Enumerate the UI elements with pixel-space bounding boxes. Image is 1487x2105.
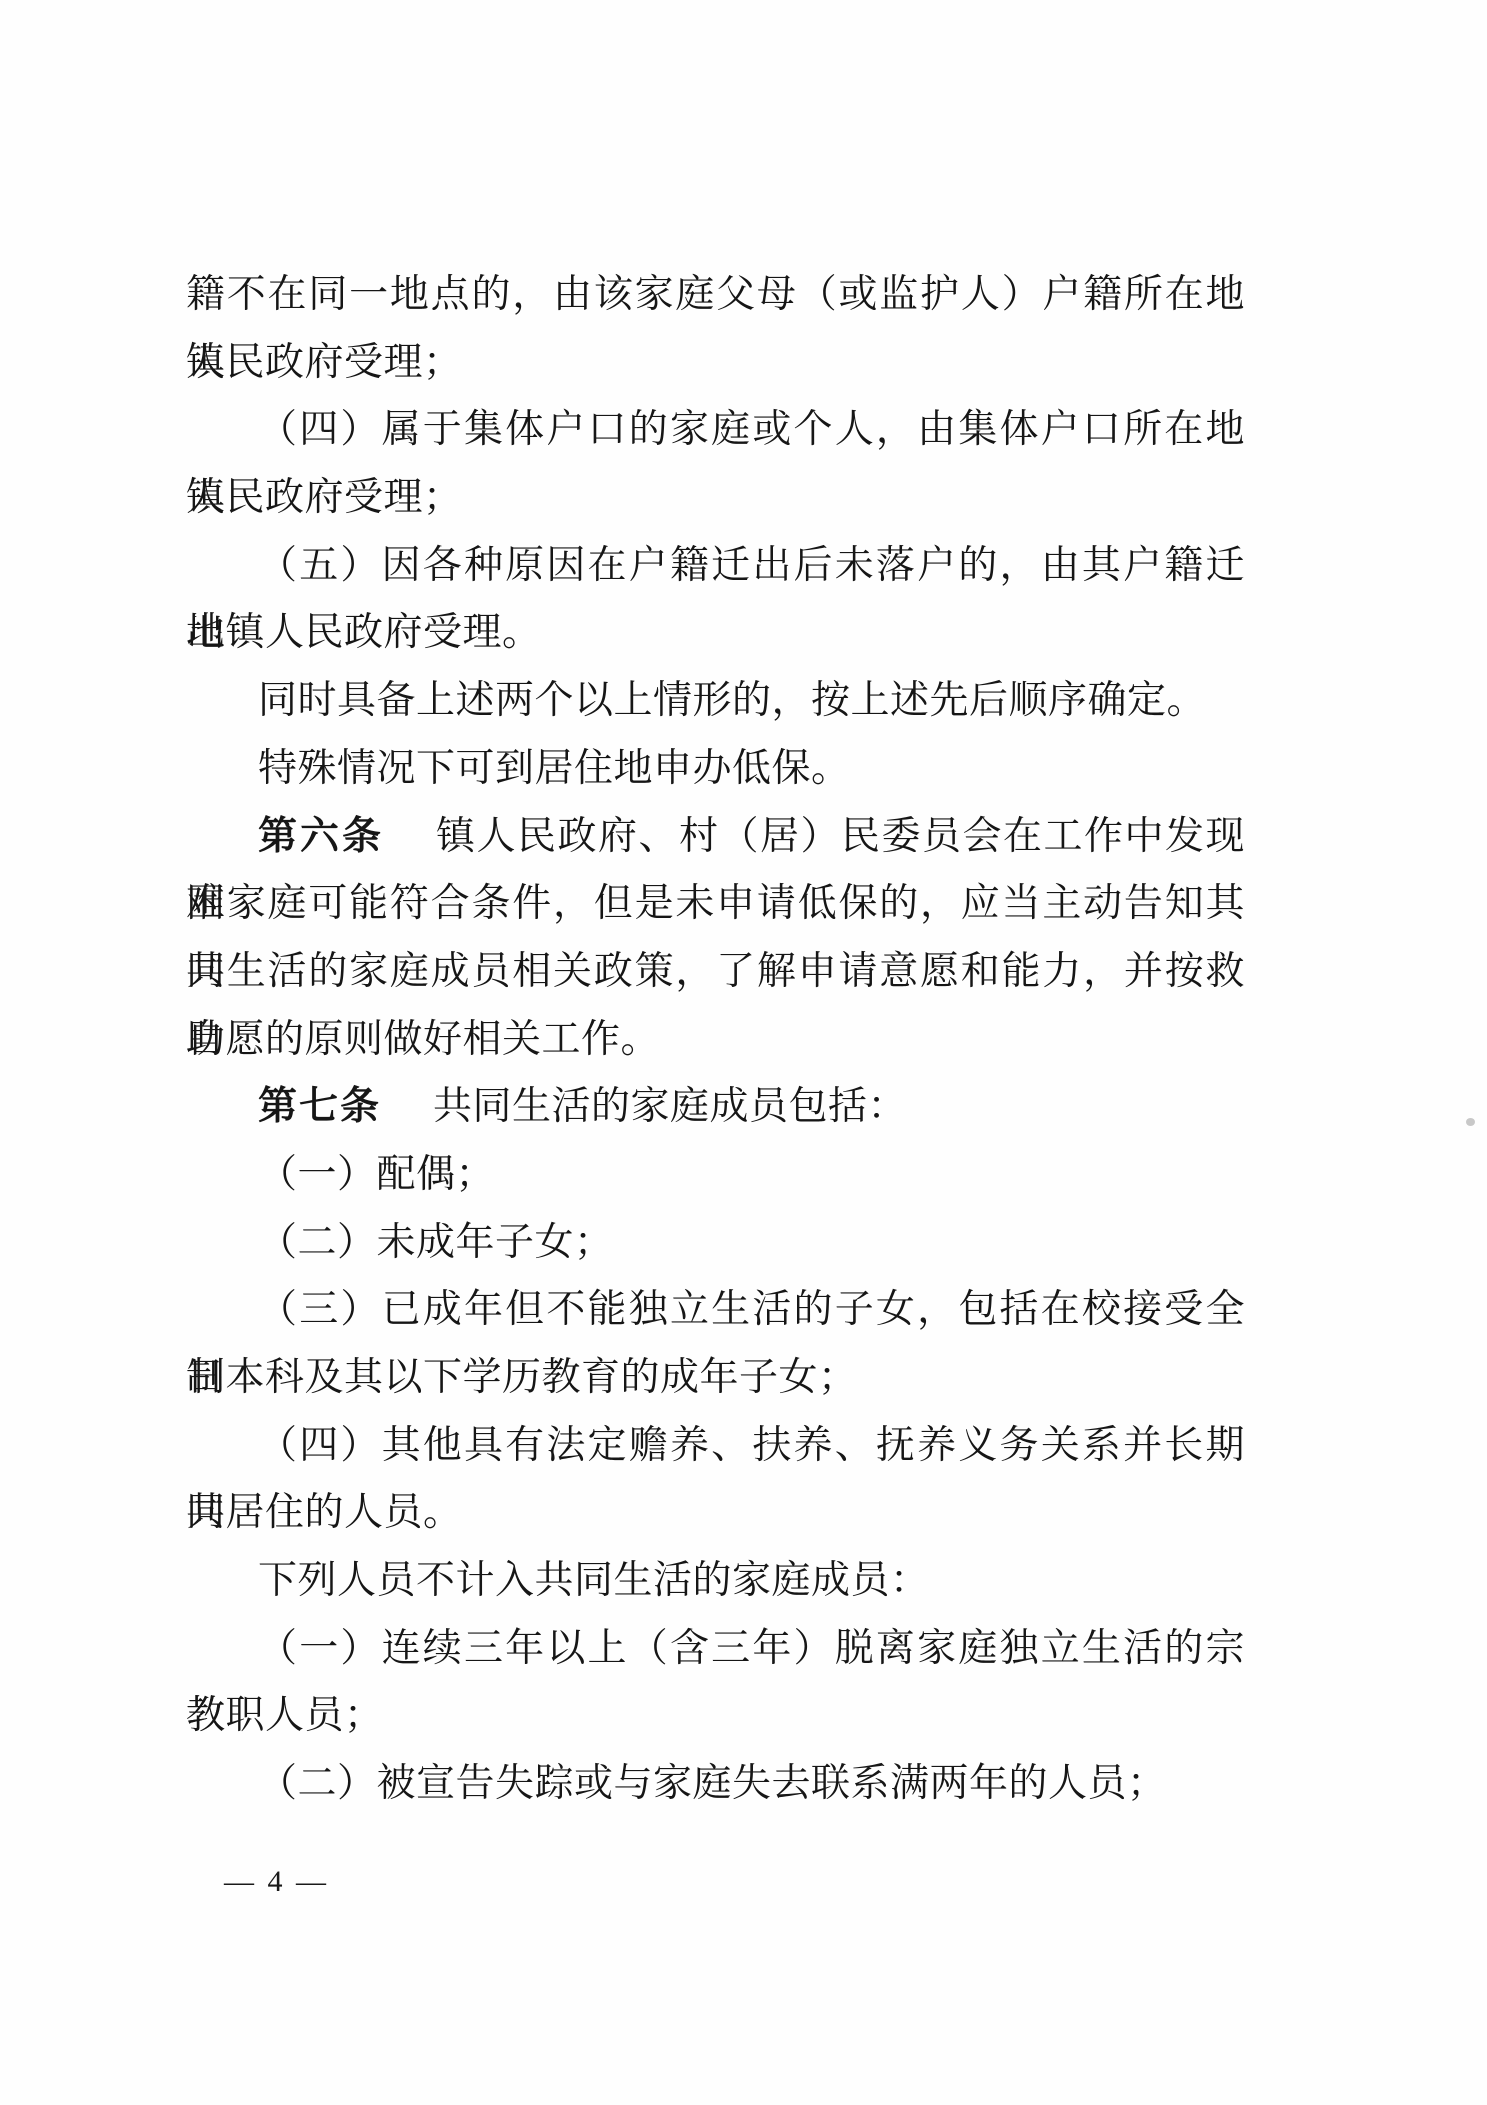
text-line: 自愿的原则做好相关工作。 [186, 1006, 1245, 1074]
document-page: 籍不在同一地点的，由该家庭父母（或监护人）户籍所在地镇 人民政府受理； （四）属… [0, 0, 1487, 2105]
scan-artifact [1466, 1118, 1475, 1126]
text-line: 人民政府受理； [186, 329, 1245, 397]
article-6-label: 第六条 [258, 815, 384, 858]
text-line: （五）因各种原因在户籍迁出后未落户的，由其户籍迁出 [186, 532, 1245, 600]
text-line: （四）属于集体户口的家庭或个人，由集体户口所在地镇 [186, 396, 1245, 464]
text-line: 教职人员； [186, 1682, 1245, 1750]
text-line: （一）配偶； [186, 1141, 1245, 1209]
text-line: （二）被宣告失踪或与家庭失去联系满两年的人员； [186, 1750, 1245, 1818]
text-line: 同生活的家庭成员相关政策，了解申请意愿和能力，并按救助 [186, 938, 1245, 1006]
page-number: — 4 — [224, 1862, 329, 1902]
text-line: （三）已成年但不能独立生活的子女，包括在校接受全日 [186, 1276, 1245, 1344]
text-line: 下列人员不计入共同生活的家庭成员： [186, 1547, 1245, 1615]
text-line: 地镇人民政府受理。 [186, 599, 1245, 667]
article-7-line: 第七条共同生活的家庭成员包括： [186, 1073, 1245, 1141]
text-line: 同居住的人员。 [186, 1479, 1245, 1547]
text-line: 同时具备上述两个以上情形的，按上述先后顺序确定。 [186, 667, 1245, 735]
text-line: 难家庭可能符合条件，但是未申请低保的，应当主动告知其共 [186, 870, 1245, 938]
text-line: 制本科及其以下学历教育的成年子女； [186, 1344, 1245, 1412]
text-line: 特殊情况下可到居住地申办低保。 [186, 735, 1245, 803]
text-line: （四）其他具有法定赡养、扶养、抚养义务关系并长期共 [186, 1412, 1245, 1480]
article-7-label: 第七条 [258, 1085, 381, 1128]
text-line: 籍不在同一地点的，由该家庭父母（或监护人）户籍所在地镇 [186, 261, 1245, 329]
article-7-text: 共同生活的家庭成员包括： [433, 1085, 907, 1128]
text-line: （二）未成年子女； [186, 1209, 1245, 1277]
document-body: 籍不在同一地点的，由该家庭父母（或监护人）户籍所在地镇 人民政府受理； （四）属… [186, 261, 1245, 1818]
article-6-line: 第六条镇人民政府、村（居）民委员会在工作中发现困 [186, 803, 1245, 871]
text-line: （一）连续三年以上（含三年）脱离家庭独立生活的宗教 [186, 1615, 1245, 1683]
text-line: 人民政府受理； [186, 464, 1245, 532]
